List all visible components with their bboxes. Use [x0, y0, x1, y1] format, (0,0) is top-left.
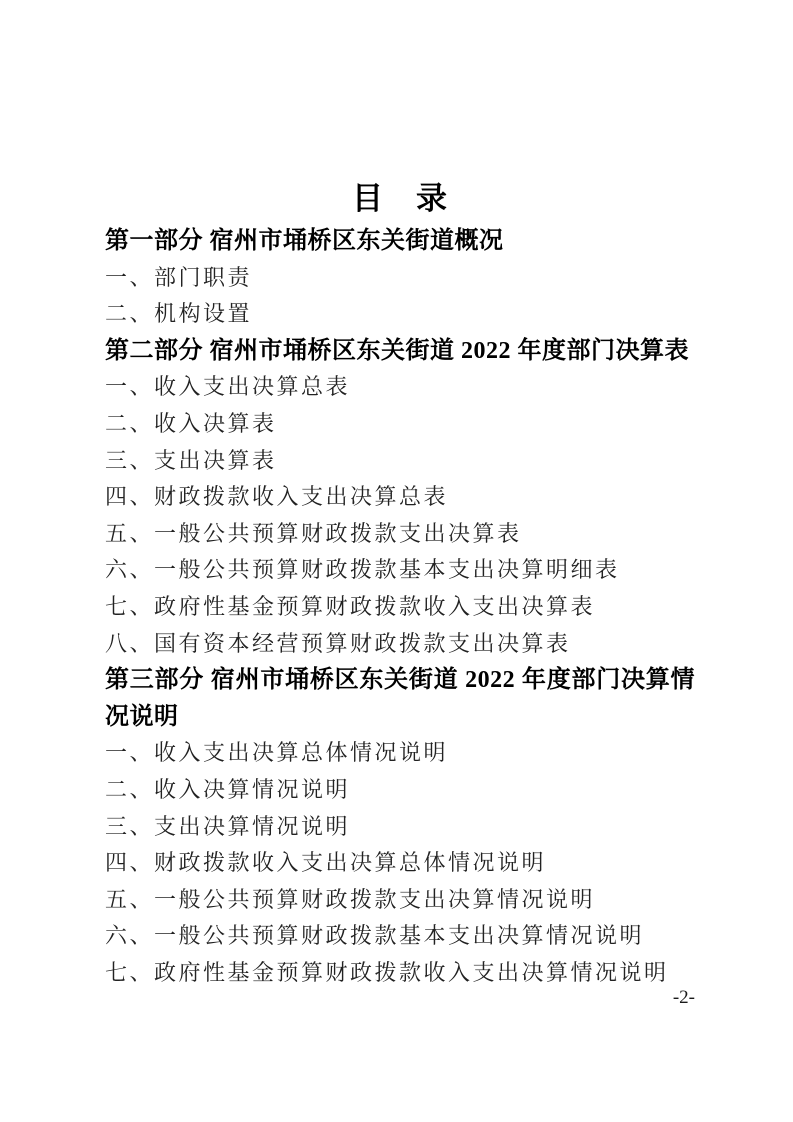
page-title: 目 录 [105, 177, 695, 221]
toc-entry: 四、财政拨款收入支出决算总体情况说明 [105, 845, 695, 882]
toc-section-part2: 第二部分 宿州市埇桥区东关街道 2022 年度部门决算表 一、收入支出决算总表 … [105, 333, 695, 662]
toc-entry: 一、部门职责 [105, 260, 695, 297]
toc-section-part3: 第三部分 宿州市埇桥区东关街道 2022 年度部门决算情况说明 一、收入支出决算… [105, 662, 695, 991]
toc-entry: 一、收入支出决算总体情况说明 [105, 735, 695, 772]
toc-entry: 二、收入决算情况说明 [105, 772, 695, 809]
section-heading-part1: 第一部分 宿州市埇桥区东关街道概况 [105, 223, 695, 260]
toc-entry: 五、一般公共预算财政拨款支出决算情况说明 [105, 882, 695, 919]
toc-entry: 二、收入决算表 [105, 406, 695, 443]
section-heading-part3: 第三部分 宿州市埇桥区东关街道 2022 年度部门决算情况说明 [105, 662, 695, 735]
document-page: 目 录 第一部分 宿州市埇桥区东关街道概况 一、部门职责 二、机构设置 第二部分… [0, 0, 793, 1122]
toc-entry: 一、收入支出决算总表 [105, 369, 695, 406]
table-of-contents: 目 录 第一部分 宿州市埇桥区东关街道概况 一、部门职责 二、机构设置 第二部分… [105, 177, 695, 991]
toc-entry: 三、支出决算情况说明 [105, 809, 695, 846]
section-heading-part2: 第二部分 宿州市埇桥区东关街道 2022 年度部门决算表 [105, 333, 695, 370]
toc-entry: 三、支出决算表 [105, 443, 695, 480]
toc-entry: 五、一般公共预算财政拨款支出决算表 [105, 516, 695, 553]
toc-entry: 六、一般公共预算财政拨款基本支出决算情况说明 [105, 918, 695, 955]
page-number: -2- [673, 986, 695, 1010]
toc-entry: 七、政府性基金预算财政拨款收入支出决算情况说明 [105, 955, 695, 992]
toc-entry: 四、财政拨款收入支出决算总表 [105, 479, 695, 516]
toc-section-part1: 第一部分 宿州市埇桥区东关街道概况 一、部门职责 二、机构设置 [105, 223, 695, 333]
toc-entry: 二、机构设置 [105, 296, 695, 333]
toc-entry: 六、一般公共预算财政拨款基本支出决算明细表 [105, 552, 695, 589]
toc-entry: 八、国有资本经营预算财政拨款支出决算表 [105, 626, 695, 663]
toc-entry: 七、政府性基金预算财政拨款收入支出决算表 [105, 589, 695, 626]
